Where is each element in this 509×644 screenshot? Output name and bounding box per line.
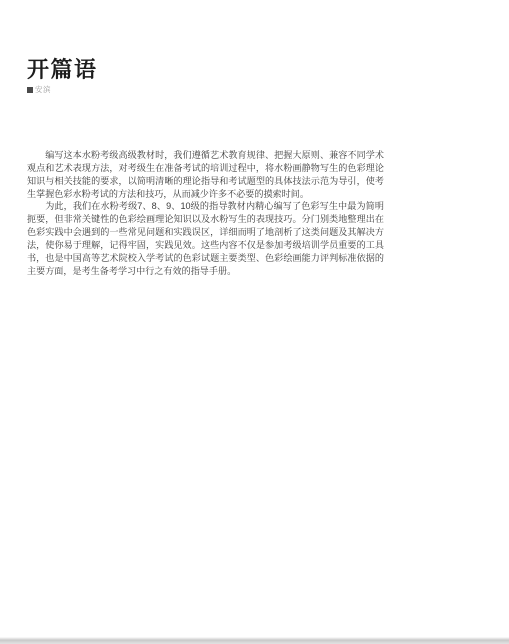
author-name: 安滨 (35, 85, 51, 94)
preface-paragraph-2: 为此，我们在水粉考级7、8、9、10级的指导教材内精心编写了色彩写生中最为简明扼… (27, 200, 384, 277)
book-page: 开篇语 安滨 编写这本水粉考级高级教材时，我们遵循艺术教育规律、把握大原则、兼容… (0, 0, 509, 644)
preface-paragraph-1: 编写这本水粉考级高级教材时，我们遵循艺术教育规律、把握大原则、兼容不同学术观点和… (27, 149, 384, 200)
page-title: 开篇语 (27, 57, 98, 83)
author-byline: 安滨 (27, 85, 51, 94)
preface-body: 编写这本水粉考级高级教材时，我们遵循艺术教育规律、把握大原则、兼容不同学术观点和… (27, 149, 384, 277)
black-square-icon (27, 87, 33, 93)
page-bottom-scan-edge (0, 637, 509, 644)
